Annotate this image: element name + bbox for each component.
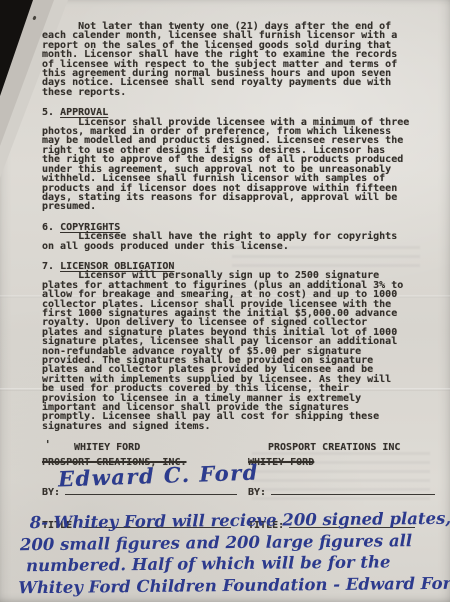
section-body: Licensor will personally sign up to 2500… (42, 271, 438, 431)
edward-ford-signature: Edward C. Ford (58, 468, 259, 484)
party-names-row: 'WHITEY FORD PROSPORT CREATIONS INC (42, 443, 438, 452)
section-copyrights: 6. COPYRIGHTS Licensee shall have the ri… (42, 223, 438, 251)
by-signature-row: BY:Edward C. Ford BY: (42, 485, 438, 497)
intro-paragraph: Not later than twenty one (21) days afte… (42, 22, 438, 97)
scanned-contract-page: Not later than twenty one (21) days afte… (0, 0, 450, 602)
party-name-text: WHITEY FORD (74, 442, 140, 453)
right-struck-name: WHITEY FORD (248, 458, 438, 467)
section-body: Licensor shall provide licensee with a m… (42, 118, 438, 212)
section-body: Licensee shall have the right to apply f… (42, 232, 438, 251)
right-party-name: PROSPORT CREATIONS INC (248, 443, 438, 452)
left-by-field: BY:Edward C. Ford (42, 485, 248, 497)
handwritten-line: Whitey Ford Children Foundation - Edward… (18, 572, 450, 598)
signature-line (271, 485, 435, 495)
typed-content: Not later than twenty one (21) days afte… (42, 22, 438, 531)
by-label: BY: (248, 487, 266, 498)
handwritten-tick: ' (46, 440, 49, 449)
by-label: BY: (42, 487, 60, 498)
left-party-name: 'WHITEY FORD (42, 443, 248, 452)
section-approval: 5. APPROVAL Licensor shall provide licen… (42, 108, 438, 211)
party-name-text: PROSPORT CREATIONS INC (268, 442, 400, 453)
handwritten-note: 8- Whitey Ford will recieve 200 signed p… (18, 508, 450, 599)
right-by-field: BY: (248, 485, 438, 497)
section-licensor-obligation: 7. LICENSOR OBLIGATION Licensor will per… (42, 262, 438, 431)
